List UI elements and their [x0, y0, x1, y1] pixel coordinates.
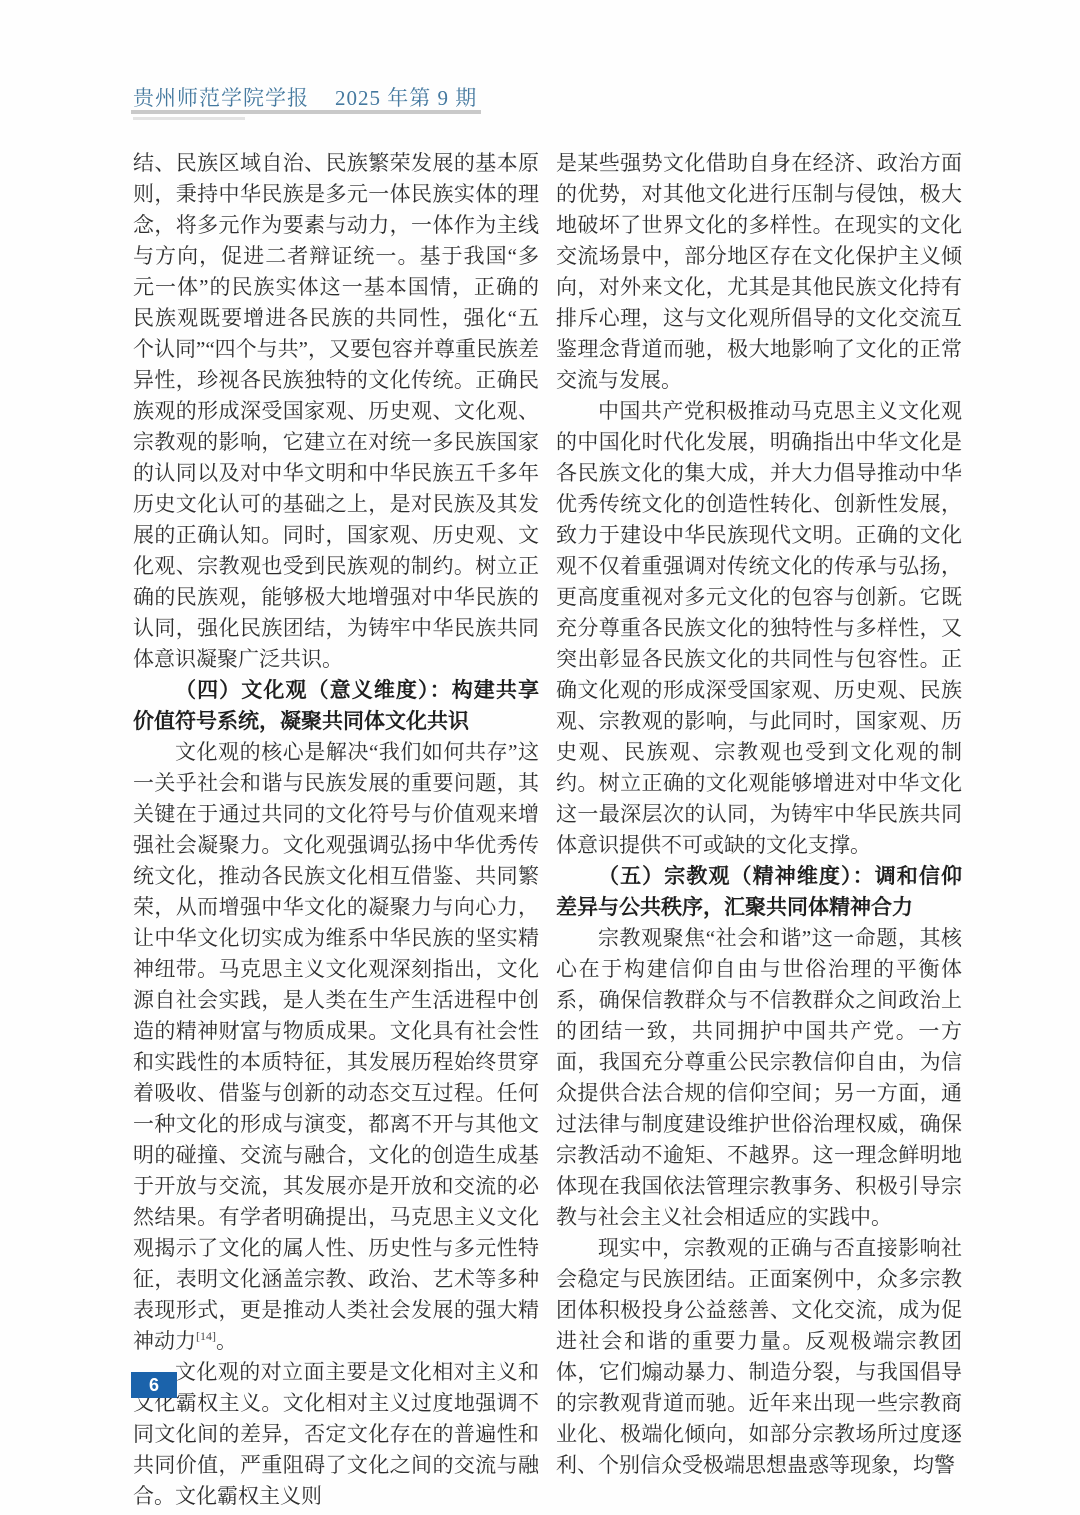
paragraph: 是某些强势文化借助自身在经济、政治方面的优势，对其他文化进行压制与侵蚀，极大地破…: [556, 148, 962, 396]
paragraph: 现实中，宗教观的正确与否直接影响社会稳定与民族团结。正面案例中，众多宗教团体积极…: [556, 1233, 962, 1481]
header-rule: [131, 110, 481, 114]
citation-ref-14: [14]: [196, 1329, 216, 1343]
left-column: 结、民族区域自治、民族繁荣发展的基本原则，秉持中华民族是多元一体民族实体的理念，…: [133, 148, 539, 1512]
page-number-badge: 6: [131, 1372, 177, 1398]
running-head: 贵州师范学院学报2025 年第 9 期: [133, 82, 477, 112]
right-column: 是某些强势文化借助自身在经济、政治方面的优势，对其他文化进行压制与侵蚀，极大地破…: [556, 148, 962, 1481]
paragraph: 宗教观聚焦“社会和谐”这一命题，其核心在于构建信仰自由与世俗治理的平衡体系，确保…: [556, 923, 962, 1233]
paragraph-text: 。: [216, 1329, 237, 1353]
section-heading-4: （四）文化观（意义维度）：构建共享价值符号系统，凝聚共同体文化共识: [133, 675, 539, 737]
paragraph: 中国共产党积极推动马克思主义文化观的中国化时代化发展，明确指出中华文化是各民族文…: [556, 396, 962, 861]
issue-label: 2025 年第 9 期: [335, 86, 477, 110]
section-heading-5: （五）宗教观（精神维度）：调和信仰差异与公共秩序，汇聚共同体精神合力: [556, 861, 962, 923]
journal-page: 贵州师范学院学报2025 年第 9 期 结、民族区域自治、民族繁荣发展的基本原则…: [0, 0, 1080, 1515]
paragraph: 结、民族区域自治、民族繁荣发展的基本原则，秉持中华民族是多元一体民族实体的理念，…: [133, 148, 539, 675]
header-rule-shadow: [133, 117, 245, 120]
journal-title: 贵州师范学院学报: [133, 86, 309, 110]
paragraph: 文化观的对立面主要是文化相对主义和文化霸权主义。文化相对主义过度地强调不同文化间…: [133, 1357, 539, 1512]
paragraph-text: 文化观的核心是解决“我们如何共存”这一关乎社会和谐与民族发展的重要问题，其关键在…: [133, 740, 539, 1353]
paragraph: 文化观的核心是解决“我们如何共存”这一关乎社会和谐与民族发展的重要问题，其关键在…: [133, 737, 539, 1357]
